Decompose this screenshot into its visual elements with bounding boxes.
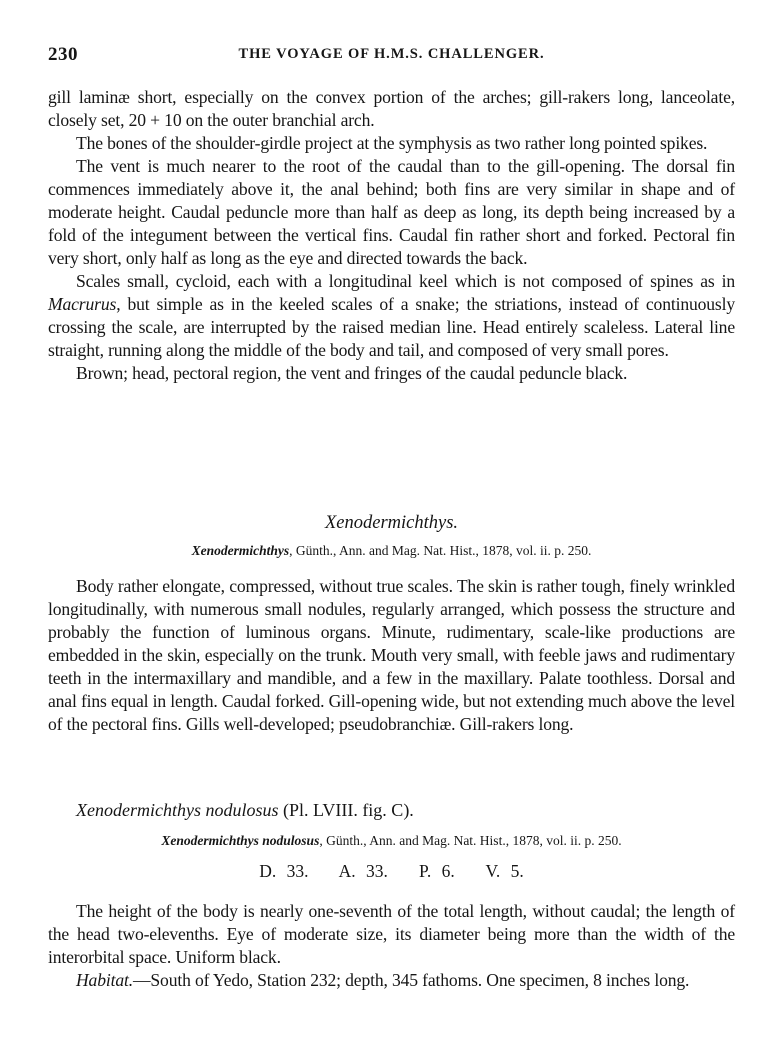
fin-formula: D. 33. A. 33. P. 6. V. 5. <box>48 861 735 882</box>
scales-text-after: , but simple as in the keeled scales of … <box>48 294 735 360</box>
species-description-block: The height of the body is nearly one-sev… <box>48 900 735 992</box>
habitat-label: Habitat. <box>76 970 133 990</box>
species-citation-name: Xenodermichthys nodulosus <box>161 833 319 848</box>
paragraph-shoulder-girdle: The bones of the shoulder-girdle project… <box>48 132 735 155</box>
species-citation-reference: , Günth., Ann. and Mag. Nat. Hist., 1878… <box>319 833 621 848</box>
genus-description-block: Body rather elongate, compressed, withou… <box>48 575 735 736</box>
scales-text-before: Scales small, cycloid, each with a longi… <box>76 271 735 291</box>
paragraph-gill-laminae: gill laminæ short, especially on the con… <box>48 86 735 132</box>
species-habitat: Habitat.—South of Yedo, Station 232; dep… <box>48 969 735 992</box>
species-plate-reference: (Pl. LVIII. fig. C). <box>278 800 413 820</box>
genus-citation-name: Xenodermichthys <box>192 543 290 558</box>
paragraph-vent-fins: The vent is much nearer to the root of t… <box>48 155 735 270</box>
species-heading: Xenodermichthys nodulosus (Pl. LVIII. fi… <box>76 800 414 821</box>
habitat-text: —South of Yedo, Station 232; depth, 345 … <box>133 970 689 990</box>
genus-citation-reference: , Günth., Ann. and Mag. Nat. Hist., 1878… <box>289 543 591 558</box>
running-head: 230 THE VOYAGE OF H.M.S. CHALLENGER. <box>48 44 735 66</box>
genus-citation: Xenodermichthys, Günth., Ann. and Mag. N… <box>48 543 735 559</box>
paragraph-coloration: Brown; head, pectoral region, the vent a… <box>48 362 735 385</box>
continued-description: gill laminæ short, especially on the con… <box>48 86 735 385</box>
species-citation: Xenodermichthys nodulosus, Günth., Ann. … <box>48 833 735 849</box>
genus-name-macrurus: Macrurus <box>48 294 116 314</box>
genus-description: Body rather elongate, compressed, withou… <box>48 575 735 736</box>
species-description: The height of the body is nearly one-sev… <box>48 900 735 969</box>
species-name: Xenodermichthys nodulosus <box>76 800 278 820</box>
paragraph-scales: Scales small, cycloid, each with a longi… <box>48 270 735 362</box>
running-title: THE VOYAGE OF H.M.S. CHALLENGER. <box>48 46 735 63</box>
genus-heading: Xenodermichthys. <box>48 513 735 534</box>
